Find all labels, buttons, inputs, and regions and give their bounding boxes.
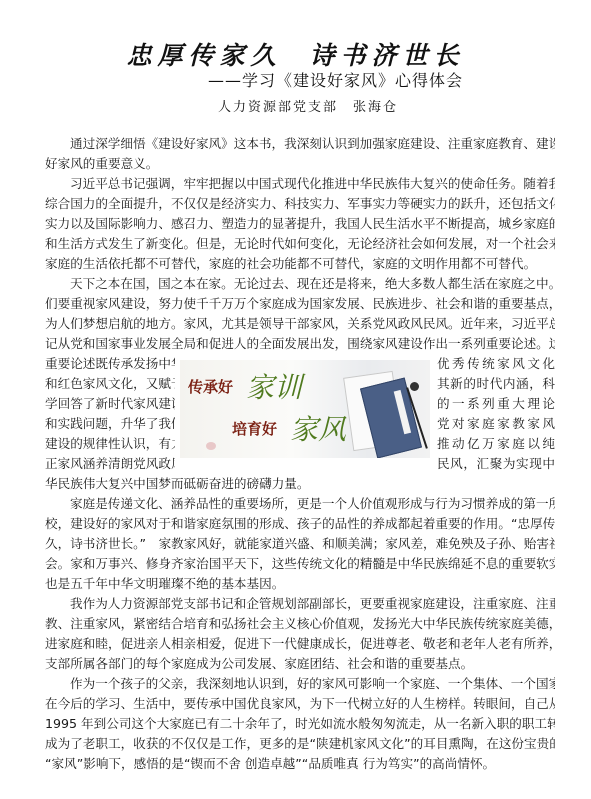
body-line: 习近平总书记强调，牢牢把握以中国式现代化推进中华民族伟大复兴的使命任务。随着我国	[70, 174, 555, 194]
body-line: 综合国力的全面提升，不仅仅是经济实力、科技实力、军事实力等硬实力的跃升，还包括文…	[45, 194, 555, 214]
illustration-phrase-1-highlight: 家训	[246, 366, 302, 406]
body-line: 久，诗书济世长。” 家教家风好，就能家道兴盛、和顺美满；家风差，难免殃及子孙、贻…	[45, 534, 555, 554]
body-line: 通过深学细悟《建设好家风》这本书，我深刻认识到加强家庭建设、注重家庭教育、建设良	[70, 134, 555, 154]
wrap-line-right: 推动亿万家庭以纯	[437, 434, 555, 454]
wrap-line-right: 其新的时代内涵，科	[437, 374, 555, 394]
body-line: 记从党和国家事业发展全局和促进人的全面发展出发，围绕家风建设作出一系列重要论述。…	[45, 334, 555, 354]
author-line: 人力资源部党支部 张海仓	[218, 96, 398, 115]
wrap-line-right: 民风，汇聚为实现中	[437, 454, 555, 474]
petal-icon	[206, 442, 216, 450]
wrap-line-right: 的一系列重大理论	[437, 394, 555, 414]
page-subtitle: ——学习《建设好家风》心得体会	[208, 68, 463, 91]
body-line: 支部所属各部门的每个家庭成为公司发展、家庭团结、社会和谐的重要基点。	[45, 654, 555, 674]
wrap-line-left: 和实践问题，升华了我们	[45, 414, 175, 434]
illustration-phrase-1-prefix: 传承好	[188, 376, 233, 397]
body-line: 也是五千年中华文明璀璨不绝的基本基因。	[45, 574, 555, 594]
body-line: 进家庭和睦，促进亲人相亲相爱，促进下一代健康成长，促进尊老、敬老和老年人老有所养…	[45, 634, 555, 654]
body-line: 好家风的重要意义。	[45, 154, 555, 174]
body-line: 们要重视家风建设，努力使千千万万个家庭成为国家发展、民族进步、社会和谐的重要基点…	[45, 294, 555, 314]
page-title: 忠厚传家久诗书济世长	[0, 36, 591, 72]
title-part-2: 诗书济世长	[310, 41, 465, 70]
body-line: 实力以及国际影响力、感召力、塑造力的显著提升，我国人民生活水平不断提高，城乡家庭…	[45, 214, 555, 234]
body-line: 和生活方式发生了新变化。但是，无论时代如何变化，无论经济社会如何发展，对一个社会…	[45, 234, 555, 254]
title-part-1: 忠厚传家久	[126, 41, 281, 70]
body-line: 作为一个孩子的父亲，我深刻地认识到，好的家风可影响一个家庭、一个集体、一个国家，	[70, 674, 555, 694]
wrap-line-left: 和红色家风文化，又赋予	[45, 374, 175, 394]
wrap-line-left: 建设的规律性认识，有力	[45, 434, 175, 454]
illustration-phrase-2-prefix: 培育好	[232, 418, 277, 439]
illustration-phrase-2-highlight: 家风	[290, 408, 346, 448]
body-line: 成为了老职工，收获的不仅仅是工作，更多的是“陕建机家风文化”的耳目熏陶，在这份宝…	[45, 734, 555, 754]
body-line: 教、注重家风，紧密结合培育和弘扬社会主义核心价值观，发扬光大中华民族传统家庭美德…	[45, 614, 555, 634]
ink-stone-icon	[410, 382, 419, 391]
wrap-line-left: 正家风涵养清朗党风政风	[45, 454, 175, 474]
wrap-line-right: 党对家庭家教家风	[437, 414, 555, 434]
wrap-line-left: 重要论述既传承发扬中华	[45, 354, 175, 374]
body-line: 为人们梦想启航的地方。家风，尤其是领导干部家风，关系党风政风民风。近年来，习近平…	[45, 314, 555, 334]
body-line: 华民族伟大复兴中国梦而砥砺奋进的磅礴力量。	[45, 474, 555, 494]
body-line: 天下之本在国，国之本在家。无论过去、现在还是将来，绝大多数人都生活在家庭之中。我	[70, 274, 555, 294]
family-tradition-illustration: 传承好 家训 培育好 家风	[180, 360, 430, 458]
body-line: 1995 年到公司这个大家庭已有二十余年了，时光如流水般匆匆流走，从一名新入职的…	[45, 714, 555, 734]
wrap-line-right: 优秀传统家风文化	[437, 354, 555, 374]
body-line: 会。家和万事兴、修身齐家治国平天下，这些传统文化的精髓是中华民族绵延不息的重要软…	[45, 554, 555, 574]
body-line: 家庭的生活依托都不可替代，家庭的社会功能都不可替代，家庭的文明作用都不可替代。	[45, 254, 555, 274]
body-line: 家庭是传递文化、涵养品性的重要场所，更是一个人价值观形成与行为习惯养成的第一所学	[70, 494, 555, 514]
wrap-line-left: 学回答了新时代家风建设	[45, 394, 175, 414]
body-line: “家风”影响下，感悟的是“锲而不舍 创造卓越”“品质唯真 行为笃实”的高尚情怀。	[45, 754, 555, 774]
body-line: 校，建设好的家风对于和谐家庭氛围的形成、孩子的品性的养成都起着重要的作用。“忠厚…	[45, 514, 555, 534]
body-line: 我作为人力资源部党支部书记和企管规划部副部长，更要重视家庭建设，注重家庭、注重家	[70, 594, 555, 614]
body-line: 在今后的学习、生活中，要传承中国优良家风，为下一代树立好的人生榜样。转眼间，自己…	[45, 694, 555, 714]
